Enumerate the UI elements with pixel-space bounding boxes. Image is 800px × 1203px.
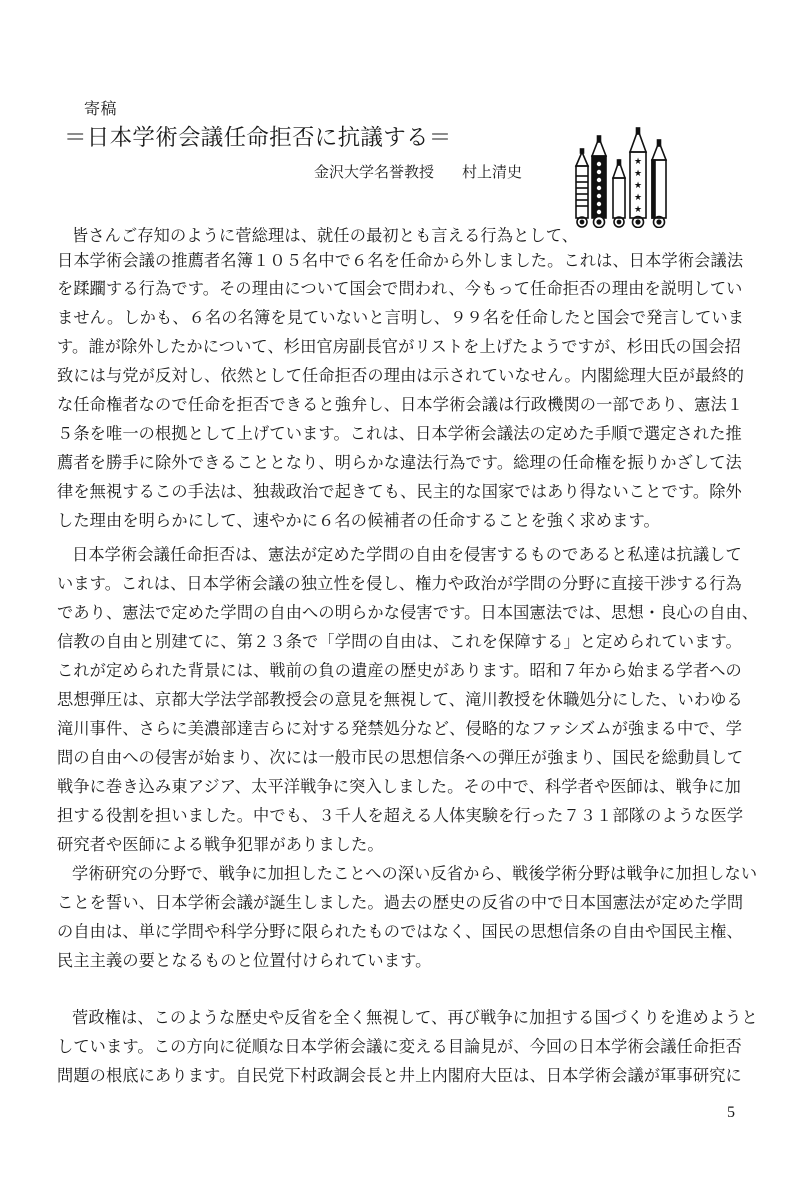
body-text-line: ５条を唯一の根拠として上げています。これは、日本学術会議法の定めた手順で選定され… — [57, 420, 742, 444]
svg-text:★: ★ — [634, 193, 642, 203]
body-text-line: を蹂躙する行為です。その理由について国会で問われ、今もって任命拒否の理由を説明し… — [57, 275, 743, 299]
body-text-line: これが定められた背景には、戦前の負の遺産の歴史があります。昭和７年から始まる学者… — [57, 657, 742, 681]
body-text-line: 問の自由への侵害が始まり、次には一般市民の思想信条への弾圧が強まり、国民を総動員… — [57, 744, 743, 768]
pencils-illustration: ★ ★ ★ ★ ★ — [568, 118, 678, 228]
body-text-line: な任命権者なので任命を拒否できると強弁し、日本学術会議は行政機関の一部であり、憲… — [57, 391, 743, 415]
pencil-shaded-icon — [652, 140, 666, 228]
body-text-line: しています。この方向に従順な日本学術会議に変える目論見が、今回の日本学術会議任命… — [57, 1033, 742, 1057]
body-text-line: 問題の根底にあります。自民党下村政調会長と井上内閣府大臣は、日本学術会議が軍事研… — [57, 1062, 742, 1086]
svg-text:★: ★ — [634, 157, 642, 167]
svg-text:★: ★ — [634, 205, 642, 215]
byline: 金沢大学名誉教授村上清史 — [314, 161, 522, 182]
body-text-line: の自由は、単に学問や科学分野に限られたものではなく、国民の思想信条の自由や国民主… — [57, 918, 743, 942]
body-text-line: した理由を明らかにして、速やかに６名の候補者の任命することを強く求めます。 — [57, 507, 660, 531]
page-number: 5 — [727, 1104, 735, 1122]
pencil-plain-icon — [613, 160, 625, 227]
pencil-striped-icon — [576, 149, 588, 227]
article-title: ＝日本学術会議任命拒否に抗議する＝ — [64, 120, 452, 152]
author-name: 村上清史 — [462, 163, 522, 181]
body-text-line: 担する役割を担いました。中でも、３千人を超える人体実験を行った７３１部隊のような… — [57, 802, 743, 826]
body-text-line: 戦争に巻き込み東アジア、太平洋戦争に突入しました。その中で、科学者や医師は、戦争… — [57, 773, 741, 797]
body-text-line: であり、憲法で定めた学問の自由への明らかな侵害です。日本国憲法では、思想・良心の… — [57, 599, 758, 623]
pencil-starred-icon: ★ ★ ★ ★ ★ — [630, 128, 646, 228]
body-text-line: 信教の自由と別建てに、第２３条で「学問の自由は、これを保障する」と定められていま… — [57, 628, 742, 652]
body-text-line: す。誰が除外したかについて、杉田官房副長官がリストを上げたようですが、杉田氏の国… — [57, 333, 741, 357]
svg-text:★: ★ — [634, 181, 642, 191]
body-text-line: 日本学術会議任命拒否は、憲法が定めた学問の自由を侵害するものであると私達は抗議し… — [72, 541, 742, 565]
body-text-line: 学術研究の分野で、戦争に加担したことへの深い反省から、戦後学術分野は戦争に加担し… — [72, 860, 757, 884]
author-affiliation: 金沢大学名誉教授 — [314, 163, 434, 181]
body-text-line: 皆さんご存知のように菅総理は、就任の最初とも言える行為として、 — [72, 222, 578, 246]
pencil-dotted-icon — [592, 136, 606, 228]
body-text-line: 律を無視するこの手法は、独裁政治で起きても、民主的な国家ではあり得ないことです。… — [57, 478, 742, 502]
body-text-line: 民主主義の要となるものと位置付けられています。 — [57, 947, 431, 971]
svg-text:★: ★ — [634, 169, 642, 179]
body-text-line: 致には与党が反対し、依然として任命拒否の理由は示されていなせん。内閣総理大臣が最… — [57, 362, 744, 386]
body-text-line: 思想弾圧は、京都大学法学部教授会の意見を無視して、滝川教授を休職処分にした、いわ… — [57, 686, 743, 710]
article-kicker: 寄稿 — [84, 96, 117, 119]
body-text-line: 日本学術会議の推薦者名簿１０５名中で６名を任命から外しました。これは、日本学術会… — [57, 247, 743, 271]
body-text-line: 滝川事件、さらに美濃部達吉らに対する発禁処分など、侵略的なファシズムが強まる中で… — [57, 715, 742, 739]
body-text-line: ことを誓い、日本学術会議が誕生しました。過去の歴史の反省の中で日本国憲法が定めた… — [57, 889, 743, 913]
body-text-line: います。これは、日本学術会議の独立性を侵し、権力や政治が学問の分野に直接干渉する… — [57, 570, 742, 594]
body-text-line: 薦者を勝手に除外できることとなり、明らかな違法行為です。総理の任命権を振りかざし… — [57, 449, 742, 473]
body-text-line: ません。しかも、６名の名簿を見ていないと言明し、９９名を任命したと国会で発言して… — [57, 304, 744, 328]
body-text-line: 菅政権は、このような歴史や反省を全く無視して、再び戦争に加担する国づくりを進めよ… — [72, 1004, 758, 1028]
body-text-line: 研究者や医師による戦争犯罪がありました。 — [57, 831, 384, 855]
